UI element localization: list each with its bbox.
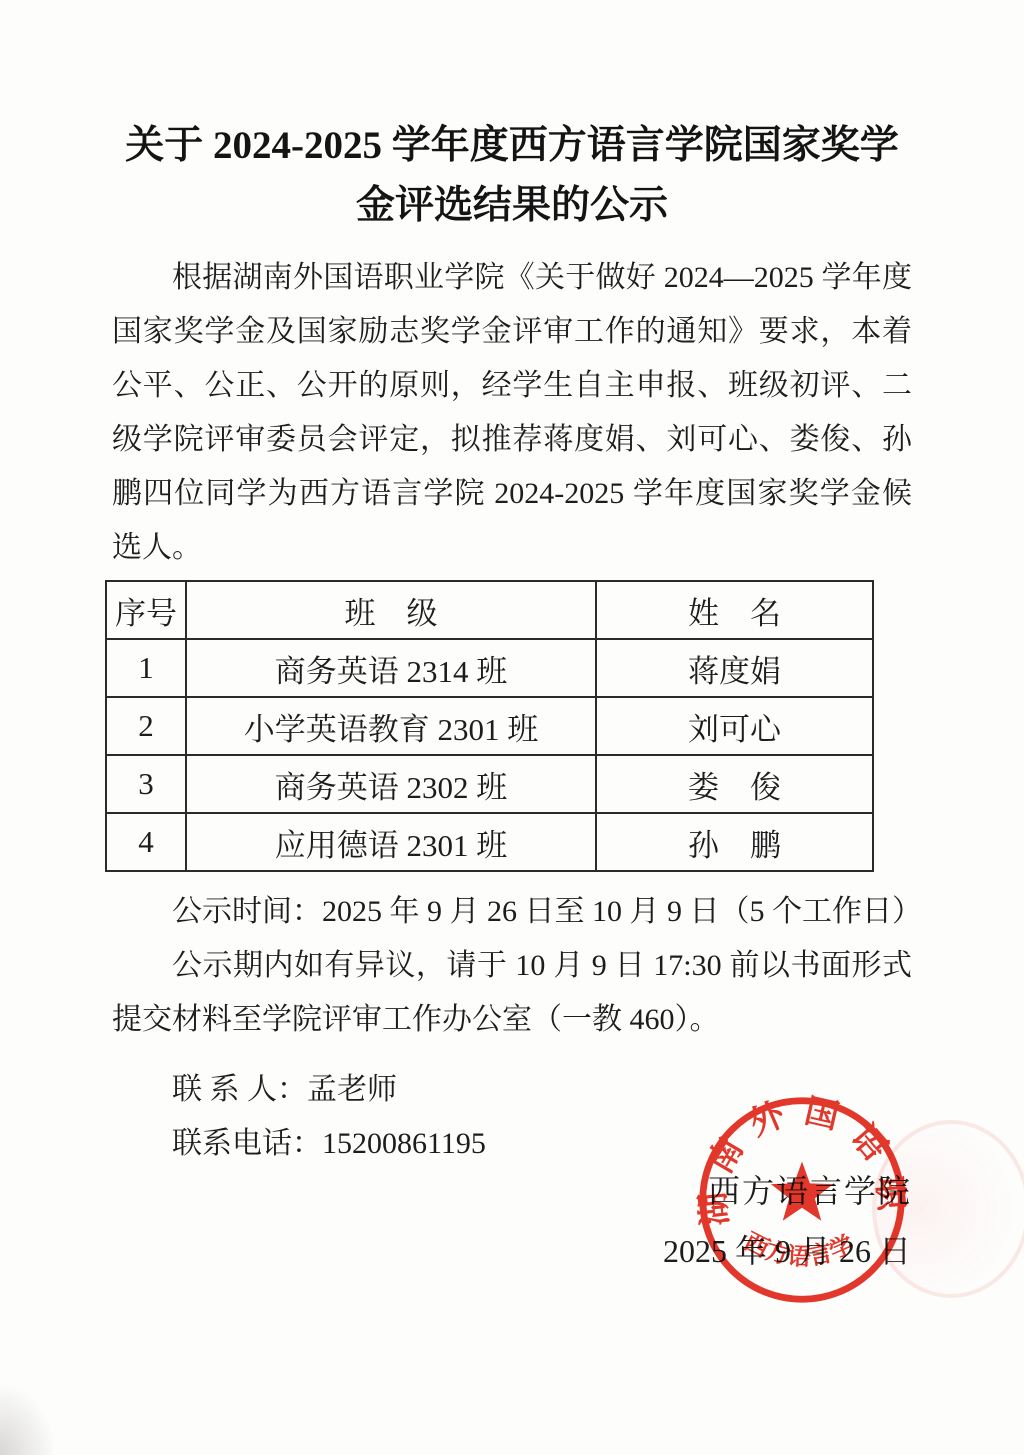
title-line-2: 金评选结果的公示 [356,184,668,227]
table-row: 3 商务英语 2302 班 娄 俊 [106,755,873,813]
publicity-period-line: 公示时间：2025 年 9 月 26 日至 10 月 9 日（5 个工作日） [112,885,912,939]
document-page: 关于 2024-2025 学年度西方语言学院国家奖学 金评选结果的公示 根据湖南… [0,0,1024,1455]
cell-name: 娄 俊 [596,755,873,813]
star-icon [771,1161,833,1220]
cell-index: 1 [106,639,186,697]
objection-paragraph: 公示期内如有异议，请于 10 月 9 日 17:30 前以书面形式提交材料至学院… [112,939,912,1047]
table-row: 4 应用德语 2301 班 孙 鹏 [106,813,873,871]
cell-index: 4 [106,813,186,871]
table-row: 2 小学英语教育 2301 班 刘可心 [106,697,873,755]
official-seal-stamp: 湖南外国语职业学院 西方语言学院 [696,1094,908,1306]
cell-class: 商务英语 2314 班 [186,639,596,697]
cell-index: 2 [106,697,186,755]
cell-name: 刘可心 [596,697,873,755]
cell-class: 商务英语 2302 班 [186,755,596,813]
document-body: 关于 2024-2025 学年度西方语言学院国家奖学 金评选结果的公示 根据湖南… [112,116,912,1171]
scan-smudge [0,1385,55,1455]
table-header-row: 序号 班 级 姓 名 [106,581,873,639]
cell-name: 蒋度娟 [596,639,873,697]
table-row: 1 商务英语 2314 班 蒋度娟 [106,639,873,697]
document-title: 关于 2024-2025 学年度西方语言学院国家奖学 金评选结果的公示 [112,116,912,236]
cell-name: 孙 鹏 [596,813,873,871]
column-header-index: 序号 [106,581,186,639]
column-header-name: 姓 名 [596,581,873,639]
candidates-table: 序号 班 级 姓 名 1 商务英语 2314 班 蒋度娟 2 小学英语教育 23… [105,580,874,872]
cell-class: 应用德语 2301 班 [186,813,596,871]
intro-paragraph: 根据湖南外国语职业学院《关于做好 2024—2025 学年度国家奖学金及国家励志… [112,251,912,575]
title-line-1: 关于 2024-2025 学年度西方语言学院国家奖学 [125,124,899,167]
cell-index: 3 [106,755,186,813]
seal-ring-text: 湖南外国语职业学院 [696,1094,908,1228]
column-header-class: 班 级 [186,581,596,639]
cell-class: 小学英语教育 2301 班 [186,697,596,755]
